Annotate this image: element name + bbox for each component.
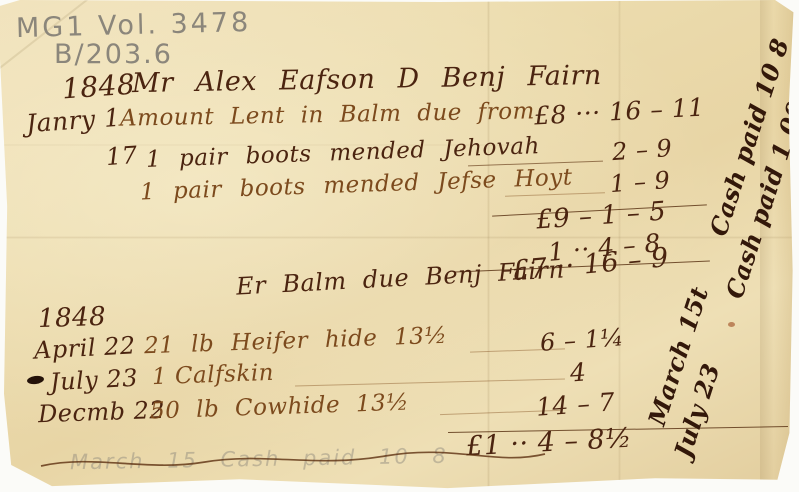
margin-note-gap [720, 300, 742, 367]
entry-date: 17 [105, 141, 138, 171]
entry-desc: 1 Calfskin [152, 360, 275, 390]
entry-amount: 6 – 1¼ [539, 323, 625, 357]
paper-sheet: MG1 Vol. 3478 B/203.6 1848 Mr Alex Eafso… [0, 0, 799, 492]
entry-desc: 50 lb Cowhide 13½ [150, 389, 410, 424]
entry-amount: 4 [569, 357, 587, 387]
document-scan: MG1 Vol. 3478 B/203.6 1848 Mr Alex Eafso… [0, 0, 799, 492]
ruled-dash [505, 192, 605, 196]
entry-date: Janry 1 [25, 103, 121, 139]
ledger-header-title: Mr Alex Eafson D Benj Fairn [132, 60, 602, 99]
strikethrough-line [35, 444, 555, 478]
archive-note-line2: B/203.6 [54, 39, 173, 70]
entry-desc: 21 lb Heifer hide 13½ [144, 323, 448, 360]
entry-desc: Amount Lent in Balm due from [120, 98, 535, 131]
entry-amount: £8 ··· 16 – 11 [533, 93, 705, 131]
horizontal-crease [0, 236, 799, 239]
ink-blot [27, 375, 45, 385]
ledger-header-year: 1848 [61, 67, 136, 105]
ruled-dash [295, 378, 565, 386]
section2-year: 1848 [37, 302, 106, 334]
entry-date: April 22 [33, 331, 136, 364]
entry-amount: 2 – 9 [611, 134, 673, 166]
balance-amount: £7 ·· 16 – 9 [511, 242, 670, 287]
entry-date: Decmb 22 [38, 396, 166, 428]
entry-date: July 23 [49, 364, 138, 397]
entry-amount: 14 – 7 [535, 387, 616, 421]
entry-amount: 1 – 9 [609, 166, 671, 198]
